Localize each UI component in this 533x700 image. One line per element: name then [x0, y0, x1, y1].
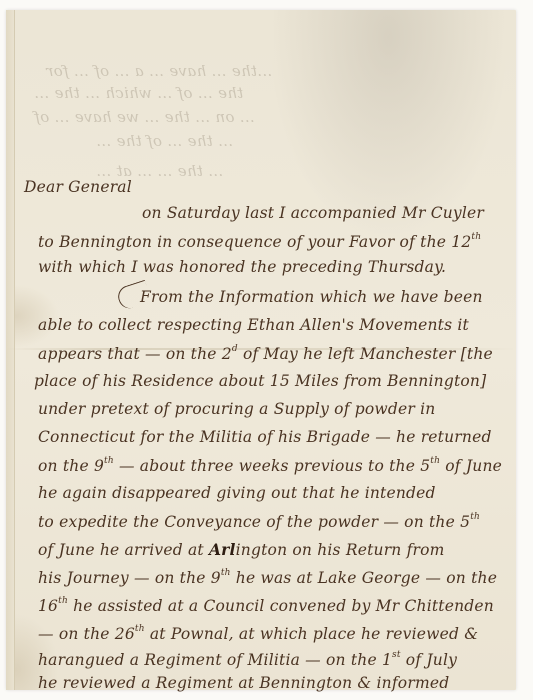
- letter-line: on Saturday last I accompanied Mr Cuyler: [142, 204, 484, 222]
- letter-body: Dear General on Saturday last I accompan…: [6, 10, 516, 690]
- letter-line: to expedite the Conveyance of the powder…: [38, 512, 480, 531]
- letter-line: his Journey — on the 9th he was at Lake …: [38, 568, 497, 587]
- manuscript-page: ...the ... have ... a ... of ... for the…: [6, 10, 516, 690]
- letter-line: with which I was honored the preceding T…: [38, 258, 446, 276]
- letter-line: to Bennington in consequence of your Fav…: [38, 232, 481, 251]
- letter-line: Connecticut for the Militia of his Briga…: [38, 428, 492, 446]
- letter-line: 16th he assisted at a Council convened b…: [38, 596, 494, 615]
- letter-line: place of his Residence about 15 Miles fr…: [34, 372, 486, 390]
- letter-line: — on the 26th at Pownal, at which place …: [38, 624, 478, 643]
- letter-line: able to collect respecting Ethan Allen's…: [38, 316, 469, 334]
- letter-line: he again disappeared giving out that he …: [38, 484, 436, 502]
- ink-blot-correction: Arl: [209, 540, 236, 559]
- letter-line: of June he arrived at Arlington on his R…: [38, 540, 445, 559]
- salutation: Dear General: [24, 178, 132, 196]
- letter-line: harangued a Regiment of Militia — on the…: [38, 650, 457, 669]
- letter-line: under pretext of procuring a Supply of p…: [38, 400, 435, 418]
- letter-line: on the 9th — about three weeks previous …: [38, 456, 502, 475]
- letter-line: he reviewed a Regiment at Bennington & i…: [38, 674, 449, 692]
- letter-line: From the Information which we have been: [140, 288, 483, 306]
- letter-line: appears that — on the 2d of May he left …: [38, 344, 493, 363]
